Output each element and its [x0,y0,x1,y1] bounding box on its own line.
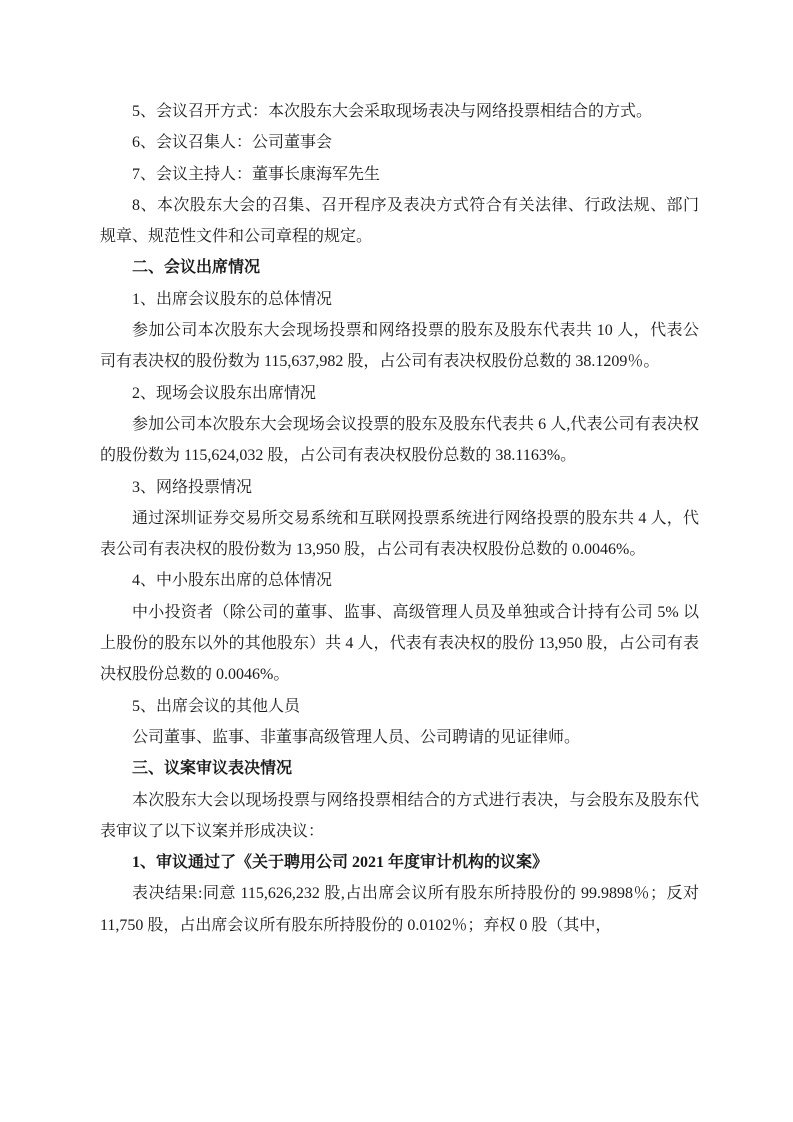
para-item-3-online: 3、网络投票情况 [100,472,699,503]
para-item-2-onsite: 2、现场会议股东出席情况 [100,378,699,409]
para-item-5-others: 5、出席会议的其他人员 [100,691,699,722]
para-item-1-overall: 1、出席会议股东的总体情况 [100,284,699,315]
heading-resolution-1: 1、审议通过了《关于聘用公司 2021 年度审计机构的议案》 [100,847,699,878]
heading-section-2-attendance: 二、会议出席情况 [100,252,699,283]
para-resolution-1-result: 表决结果:同意 115,626,232 股,占出席会议所有股东所持股份的 99.… [100,878,699,941]
para-meeting-method: 5、会议召开方式：本次股东大会采取现场表决与网络投票相结合的方式。 [100,96,699,127]
para-voting-method: 本次股东大会以现场投票与网络投票相结合的方式进行表决，与会股东及股东代表审议了以… [100,785,699,848]
para-overall-attendance-detail: 参加公司本次股东大会现场投票和网络投票的股东及股东代表共 10 人，代表公司有表… [100,315,699,378]
para-convener: 6、会议召集人：公司董事会 [100,127,699,158]
para-legality: 8、本次股东大会的召集、召开程序及表决方式符合有关法律、行政法规、部门规章、规范… [100,190,699,253]
para-chairman: 7、会议主持人：董事长康海军先生 [100,159,699,190]
heading-section-3-voting: 三、议案审议表决情况 [100,753,699,784]
para-online-detail: 通过深圳证券交易所交易系统和互联网投票系统进行网络投票的股东共 4 人，代表公司… [100,503,699,566]
para-onsite-detail: 参加公司本次股东大会现场会议投票的股东及股东代表共 6 人,代表公司有表决权的股… [100,409,699,472]
para-minority-detail: 中小投资者（除公司的董事、监事、高级管理人员及单独或合计持有公司 5% 以上股份… [100,597,699,691]
para-other-attendees: 公司董事、监事、非董事高级管理人员、公司聘请的见证律师。 [100,722,699,753]
para-item-4-minority: 4、中小股东出席的总体情况 [100,565,699,596]
document-page: 5、会议召开方式：本次股东大会采取现场表决与网络投票相结合的方式。 6、会议召集… [0,0,793,1122]
